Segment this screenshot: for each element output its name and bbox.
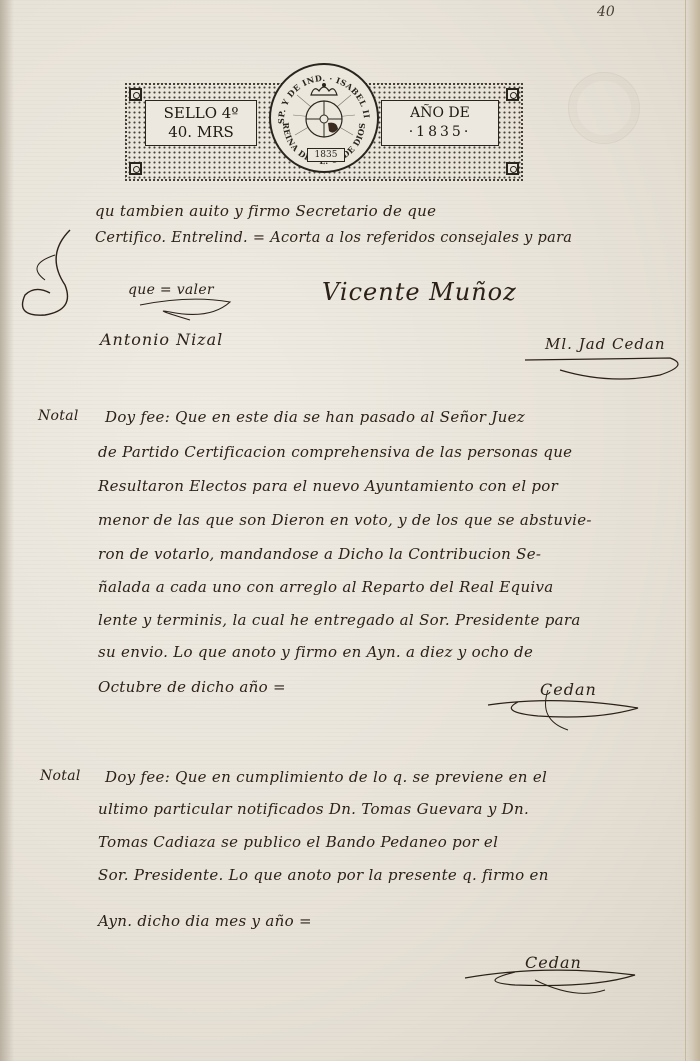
stamp-year-label: AÑO DE ·1835· [381, 100, 499, 146]
royal-seal: ESP. Y DE IND. · ISABEL II P. REINA DE ·… [269, 63, 379, 173]
stamp-year-value: ·1835· [382, 123, 498, 142]
signature-antonio: Antonio Nizal [100, 330, 223, 349]
text-line: Doy fee: Que en cumplimiento de lo q. se… [105, 768, 547, 786]
stamp-price: 40. MRS [146, 123, 256, 142]
text-line: su envio. Lo que anoto y firmo en Ayn. a… [98, 643, 533, 661]
text-line: Octubre de dicho año = [98, 678, 286, 696]
text-line: Doy fee: Que en este dia se han pasado a… [105, 408, 525, 426]
page-left-shadow [0, 0, 14, 1061]
margin-label: Notal [38, 408, 79, 424]
text-line: de Partido Certificacion comprehensiva d… [98, 443, 572, 461]
official-stamp: SELLO 4º 40. MRS AÑO DE ·1835· ESP. Y DE… [125, 80, 523, 184]
text-line: Ayn. dicho dia mes y año = [98, 912, 312, 930]
margin-label: Notal [40, 768, 81, 784]
signature-flourish [478, 690, 648, 740]
text-line: Certifico. Entrelind. = Acorta a los ref… [95, 230, 572, 246]
stamp-class: SELLO 4º [146, 104, 256, 123]
text-line: menor de las que son Dieron en voto, y d… [98, 511, 592, 529]
stamp-corner-ornament [506, 88, 519, 101]
stamp-corner-ornament [129, 88, 142, 101]
text-line: ron de votarlo, mandandose a Dicho la Co… [98, 545, 541, 563]
seal-year: 1835 [307, 148, 345, 162]
stamp-year-caption: AÑO DE [382, 104, 498, 123]
stamp-value-label: SELLO 4º 40. MRS [145, 100, 257, 146]
signature-flourish [520, 340, 690, 390]
stamp-corner-ornament [506, 162, 519, 175]
signature-flourish [455, 960, 645, 1005]
text-line: Sor. Presidente. Lo que anoto por la pre… [98, 866, 549, 884]
signature-vicente-munoz: Vicente Muñoz [322, 278, 517, 306]
margin-bracket-flourish [5, 225, 115, 335]
text-line: qu tambien auito y firmo Secretario de q… [95, 202, 436, 220]
page-right-edge [685, 0, 700, 1061]
text-line: lente y terminis, la cual he entregado a… [98, 611, 581, 629]
flourish-underline [130, 290, 240, 330]
text-line: Resultaron Electos para el nuevo Ayuntam… [98, 477, 558, 495]
document-page: 40 SELLO 4º 40. MRS AÑO DE ·1835· ESP. Y… [0, 0, 700, 1061]
text-line: ultimo particular notificados Dn. Tomas … [98, 800, 529, 818]
text-line: Tomas Cadiaza se publico el Bando Pedane… [98, 833, 498, 851]
text-line: ñalada a cada uno con arreglo al Reparto… [98, 578, 554, 596]
embossed-watermark [568, 72, 640, 144]
folio-number: 40 [597, 4, 615, 20]
stamp-corner-ornament [129, 162, 142, 175]
